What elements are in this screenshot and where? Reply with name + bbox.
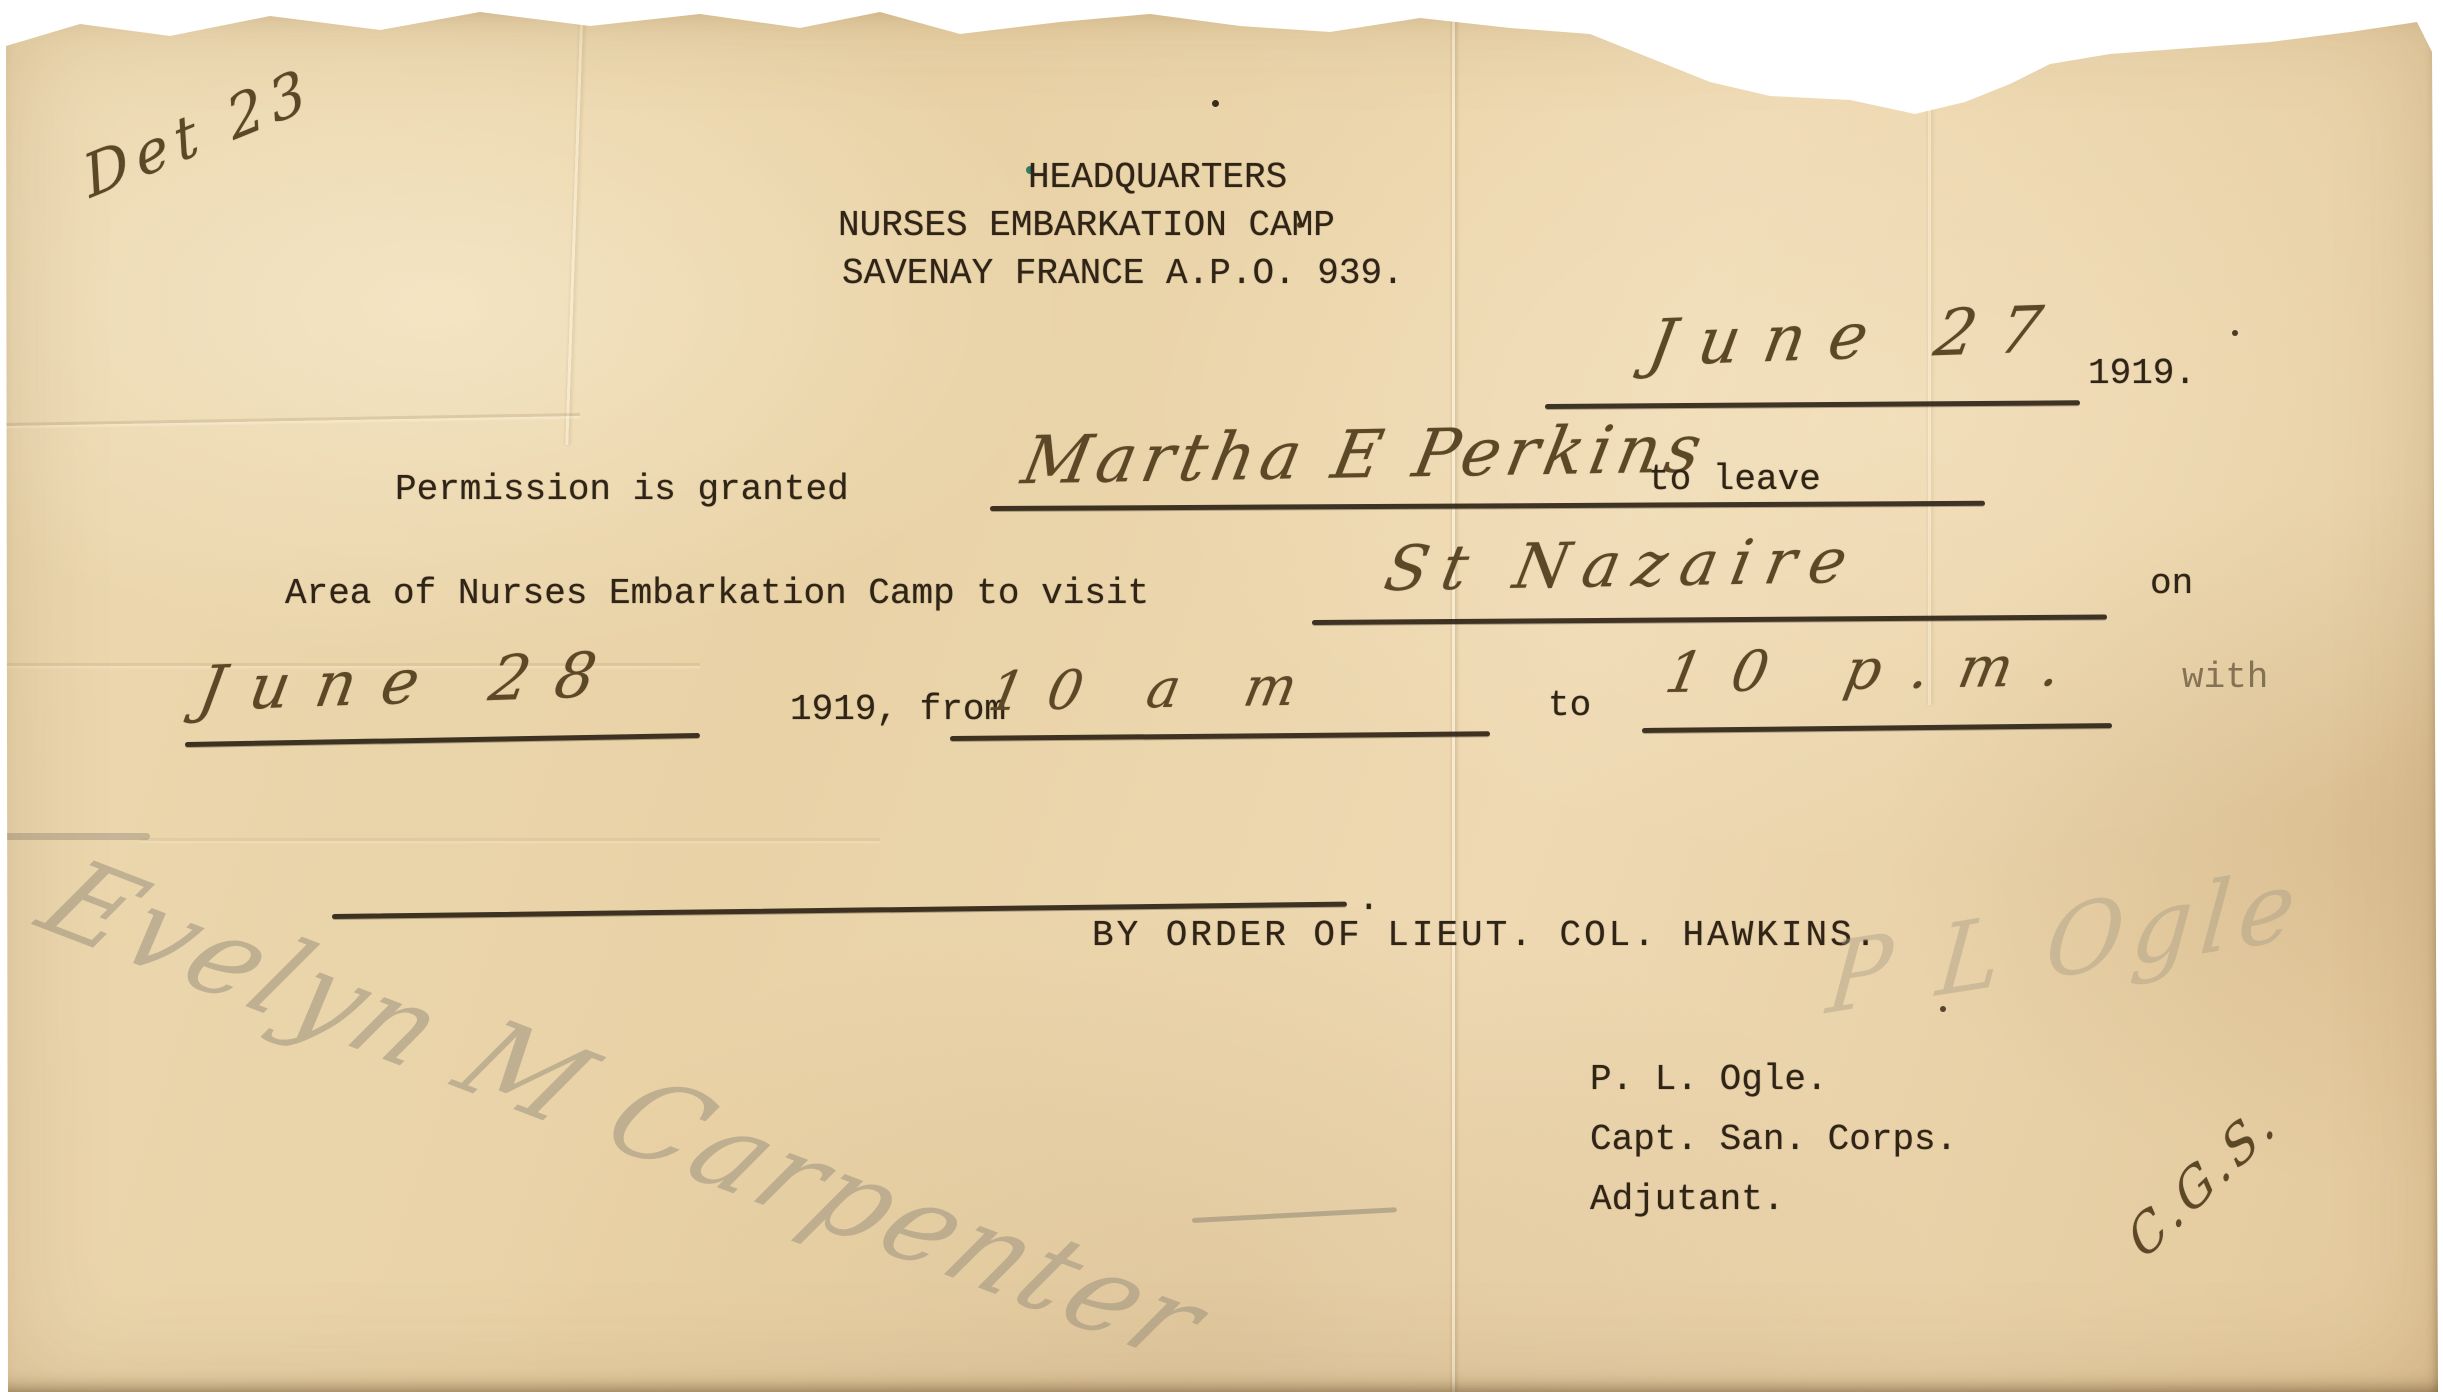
destination-entry: St Nazaire — [1380, 530, 1866, 600]
permission-prefix: Permission is granted — [395, 472, 849, 508]
name-entry: Martha E Perkins — [1017, 416, 1712, 494]
signature-name: P. L. Ogle. — [1590, 1062, 1828, 1098]
officer-pencil-signature: P L Ogle — [1823, 855, 2307, 1029]
signature-title: Adjutant. — [1590, 1182, 1784, 1218]
pencil-dash — [1192, 1207, 1397, 1223]
fold-crease-center — [1452, 6, 1455, 1392]
typed-year: 1919. — [2088, 356, 2196, 392]
header-line-2: NURSES EMBARKATION CAMP — [838, 208, 1335, 244]
detachment-note: Det 23 — [78, 58, 319, 206]
name-underline — [990, 501, 1985, 511]
permission-suffix: to leave — [1648, 462, 1821, 498]
ink-speck — [2232, 330, 2238, 336]
order-line: BY ORDER OF LIEUT. COL. HAWKINS. — [1092, 918, 1879, 954]
date-entry: June 27 — [1644, 297, 2071, 376]
ink-speck — [1212, 100, 1219, 107]
date-underline — [1545, 400, 2080, 409]
fold-crease-left-top — [565, 0, 584, 445]
initials-entry: C.G.S. — [2120, 1092, 2286, 1267]
on-word: on — [2150, 566, 2193, 602]
time-end-entry: 10 p.m. — [1661, 639, 2095, 703]
time-start-entry: 10 a m — [984, 659, 1325, 719]
paper-sheet: Det 23 HEADQUARTERS NURSES EMBARKATION C… — [0, 0, 2443, 1392]
bearer-pencil-signature: Evelyn M Carpenter — [22, 845, 1228, 1377]
to-word: to — [1548, 688, 1591, 724]
scanned-pass-document: Det 23 HEADQUARTERS NURSES EMBARKATION C… — [0, 0, 2443, 1392]
visit-date-entry: June 28 — [194, 643, 627, 720]
destination-underline — [1312, 614, 2107, 625]
crease-horizontal-1 — [0, 413, 580, 426]
header-line-3: SAVENAY FRANCE A.P.O. 939. — [842, 256, 1404, 292]
header-line-1: HEADQUARTERS — [1028, 160, 1287, 196]
with-word: with — [2182, 660, 2268, 696]
pencil-smudge — [0, 833, 150, 840]
crease-horizontal-3 — [140, 838, 880, 841]
fold-crease-right — [1928, 95, 1931, 705]
signature-rank: Capt. San. Corps. — [1590, 1122, 1957, 1158]
blank-period: . — [1358, 882, 1380, 918]
visit-date-underline — [185, 733, 700, 747]
year-from: 1919, from — [790, 692, 1006, 728]
time-end-underline — [1642, 723, 2112, 733]
time-start-underline — [950, 731, 1490, 741]
area-line: Area of Nurses Embarkation Camp to visit — [285, 576, 1149, 612]
